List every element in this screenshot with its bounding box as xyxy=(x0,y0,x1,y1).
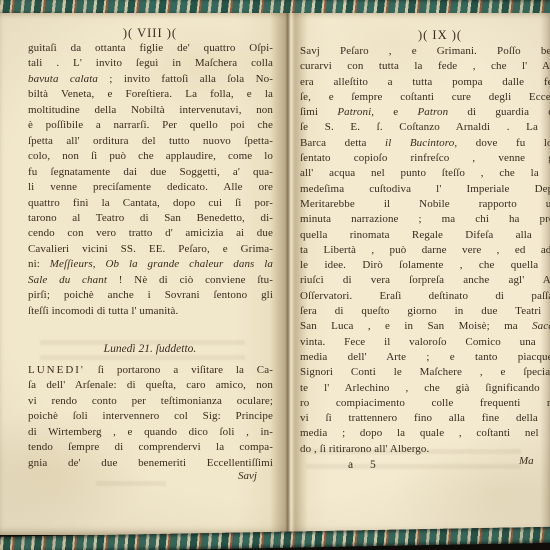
text-line: è poſſibile a narrarſi. Per quello poi c… xyxy=(28,118,273,133)
text-line: vi rendo conto per teſtimonianza oculare… xyxy=(28,394,273,409)
text-line: tendo ſempre di comprendervi la compa- xyxy=(28,440,273,455)
text-line: San Luca , e in San Moisè; ma Sacchi xyxy=(300,319,550,334)
text-line: era alleſtito a tutta pompa dalle ferv xyxy=(300,75,550,90)
text-line: cendo con vero tratto d' amicizia ai due xyxy=(28,226,273,241)
text-line: biltà Veneta, e Foreſtiera. La folla, e … xyxy=(28,87,273,102)
text-line: ſteſſi incomodi di tutta l' umanità. xyxy=(28,304,273,319)
text-line: Barca detta il Bucintoro, dove fu loro xyxy=(300,136,550,151)
text-line: Oſſervatori. Eraſi deſtinato di paſſare xyxy=(300,289,550,304)
text-line: quella rinomata Regale Difeſa alla V xyxy=(300,228,550,243)
text-line: ſe S. E. ſ. Coſtanzo Arnaldi . La R xyxy=(300,120,550,135)
text-line: ſa dell' Arſenale: di queſta, caro amico… xyxy=(28,378,273,393)
section-heading: Lunedì 21. ſuddetto. xyxy=(60,343,240,355)
text-line: ſera di queſto giorno in due Teatri , xyxy=(300,304,550,319)
text-line: ni: Meſſieurs, Ob la grande chaleur dans… xyxy=(28,257,273,272)
text-line: ſimi Patroni, e Patron di guardia del xyxy=(300,105,550,120)
text-line: Meritarebbe il Nobile rapporto una xyxy=(300,197,550,212)
left-page-paragraph-1: guìtaſi da ottanta figlie de' quattro Oſ… xyxy=(28,41,273,319)
right-page-folio: )( IX )( xyxy=(350,28,530,43)
text-line: Cavalieri vicini SS. EE. Peſaro, e Grima… xyxy=(28,242,273,257)
text-line: media dell' Arte ; e tanto piacquero xyxy=(300,350,550,365)
text-line: curarvi con tutta la fede , che l' Arſe xyxy=(300,59,550,74)
text-line: poichè ſoli intervennero col Sig: Princi… xyxy=(28,409,273,424)
text-line: LUNEDI' ſi portarono a viſitare la Ca- xyxy=(28,363,273,378)
text-line: tali . L' invito ſeguì in Maſchera colla xyxy=(28,56,273,71)
text-line: ſe, e ſempre coſtanti cure degli Eccelle xyxy=(300,90,550,105)
text-line: ro compiacimento colle frequenti riſa xyxy=(300,396,550,411)
text-line: vinta. Fece il valoroſo Comico una C xyxy=(300,335,550,350)
text-line: gnia de' due benemeriti Eccellentiſſimi xyxy=(28,456,273,471)
text-line: minuta narrazione ; ma chi ha preſe xyxy=(300,212,550,227)
text-line: all' acqua nel punto ſteſſo , che la B xyxy=(300,166,550,181)
text-line: colo, non ſi può che applaudire, come lo xyxy=(28,149,273,164)
text-line: moltitudine della Nobiltà intervenutavi,… xyxy=(28,103,273,118)
text-line: riuſcì di vera ſorpreſa anche agl' Aug xyxy=(300,273,550,288)
left-page-folio: )( VIII )( xyxy=(52,26,248,41)
text-line: ſentato copioſo rinfreſco , venne get xyxy=(300,151,550,166)
right-page-paragraph: Savj Peſaro , e Grimani. Poſſo benecurar… xyxy=(300,44,550,457)
text-line: Savj Peſaro , e Grimani. Poſſo bene xyxy=(300,44,550,59)
text-line: le idee. Dirò ſolamente , che quella C xyxy=(300,258,550,273)
right-page-catchword: Ma xyxy=(519,455,534,467)
text-line: medeſima cuſtodiva l' Imperiale Depoſ xyxy=(300,182,550,197)
left-page-paragraph-2: LUNEDI' ſi portarono a viſitare la Ca-ſa… xyxy=(28,363,273,471)
left-page-catchword: Savj xyxy=(238,470,257,482)
text-line: Signori Conti le Maſchere , e ſpecialm xyxy=(300,365,550,380)
text-line: li venne preciſamente dedicato. Alle ore xyxy=(28,180,273,195)
text-line: pirſi; poichè anche i Sovrani ſentono gl… xyxy=(28,288,273,303)
text-line: fu ſegnatamente dai due Soggetti, a' qua… xyxy=(28,165,273,180)
text-line: do , ſi ritirarono all' Albergo. xyxy=(300,442,550,457)
text-line: tarono al Teatro di San Benedetto, di- xyxy=(28,211,273,226)
text-line: te l' Arlechino , che già ſignificando i… xyxy=(300,381,550,396)
text-line: Sale du chant ! Nè di ciò conviene ſtu- xyxy=(28,273,273,288)
text-line: bavuta calata ; invito fattoſi alla ſola… xyxy=(28,72,273,87)
text-line: quattro finì la Cantata, dopo cui ſi por… xyxy=(28,196,273,211)
text-line: ſpetta all' orditura del tutto nuovo ſpe… xyxy=(28,134,273,149)
gathering-signature-mark: a 5 xyxy=(348,459,376,471)
text-line: media ; dopo la quale , coſtanti nel m xyxy=(300,426,550,441)
text-line: ta Libertà , può darne vere , ed adeq xyxy=(300,243,550,258)
book-spread-photo: )( VIII )( )( IX )( guìtaſi da ottanta f… xyxy=(0,0,550,550)
text-line: di Wirtemberg , e quando dico ſoli , in- xyxy=(28,425,273,440)
text-line: vi ſi trattennero fino alla fine della C xyxy=(300,411,550,426)
text-line: guìtaſi da ottanta figlie de' quattro Oſ… xyxy=(28,41,273,56)
